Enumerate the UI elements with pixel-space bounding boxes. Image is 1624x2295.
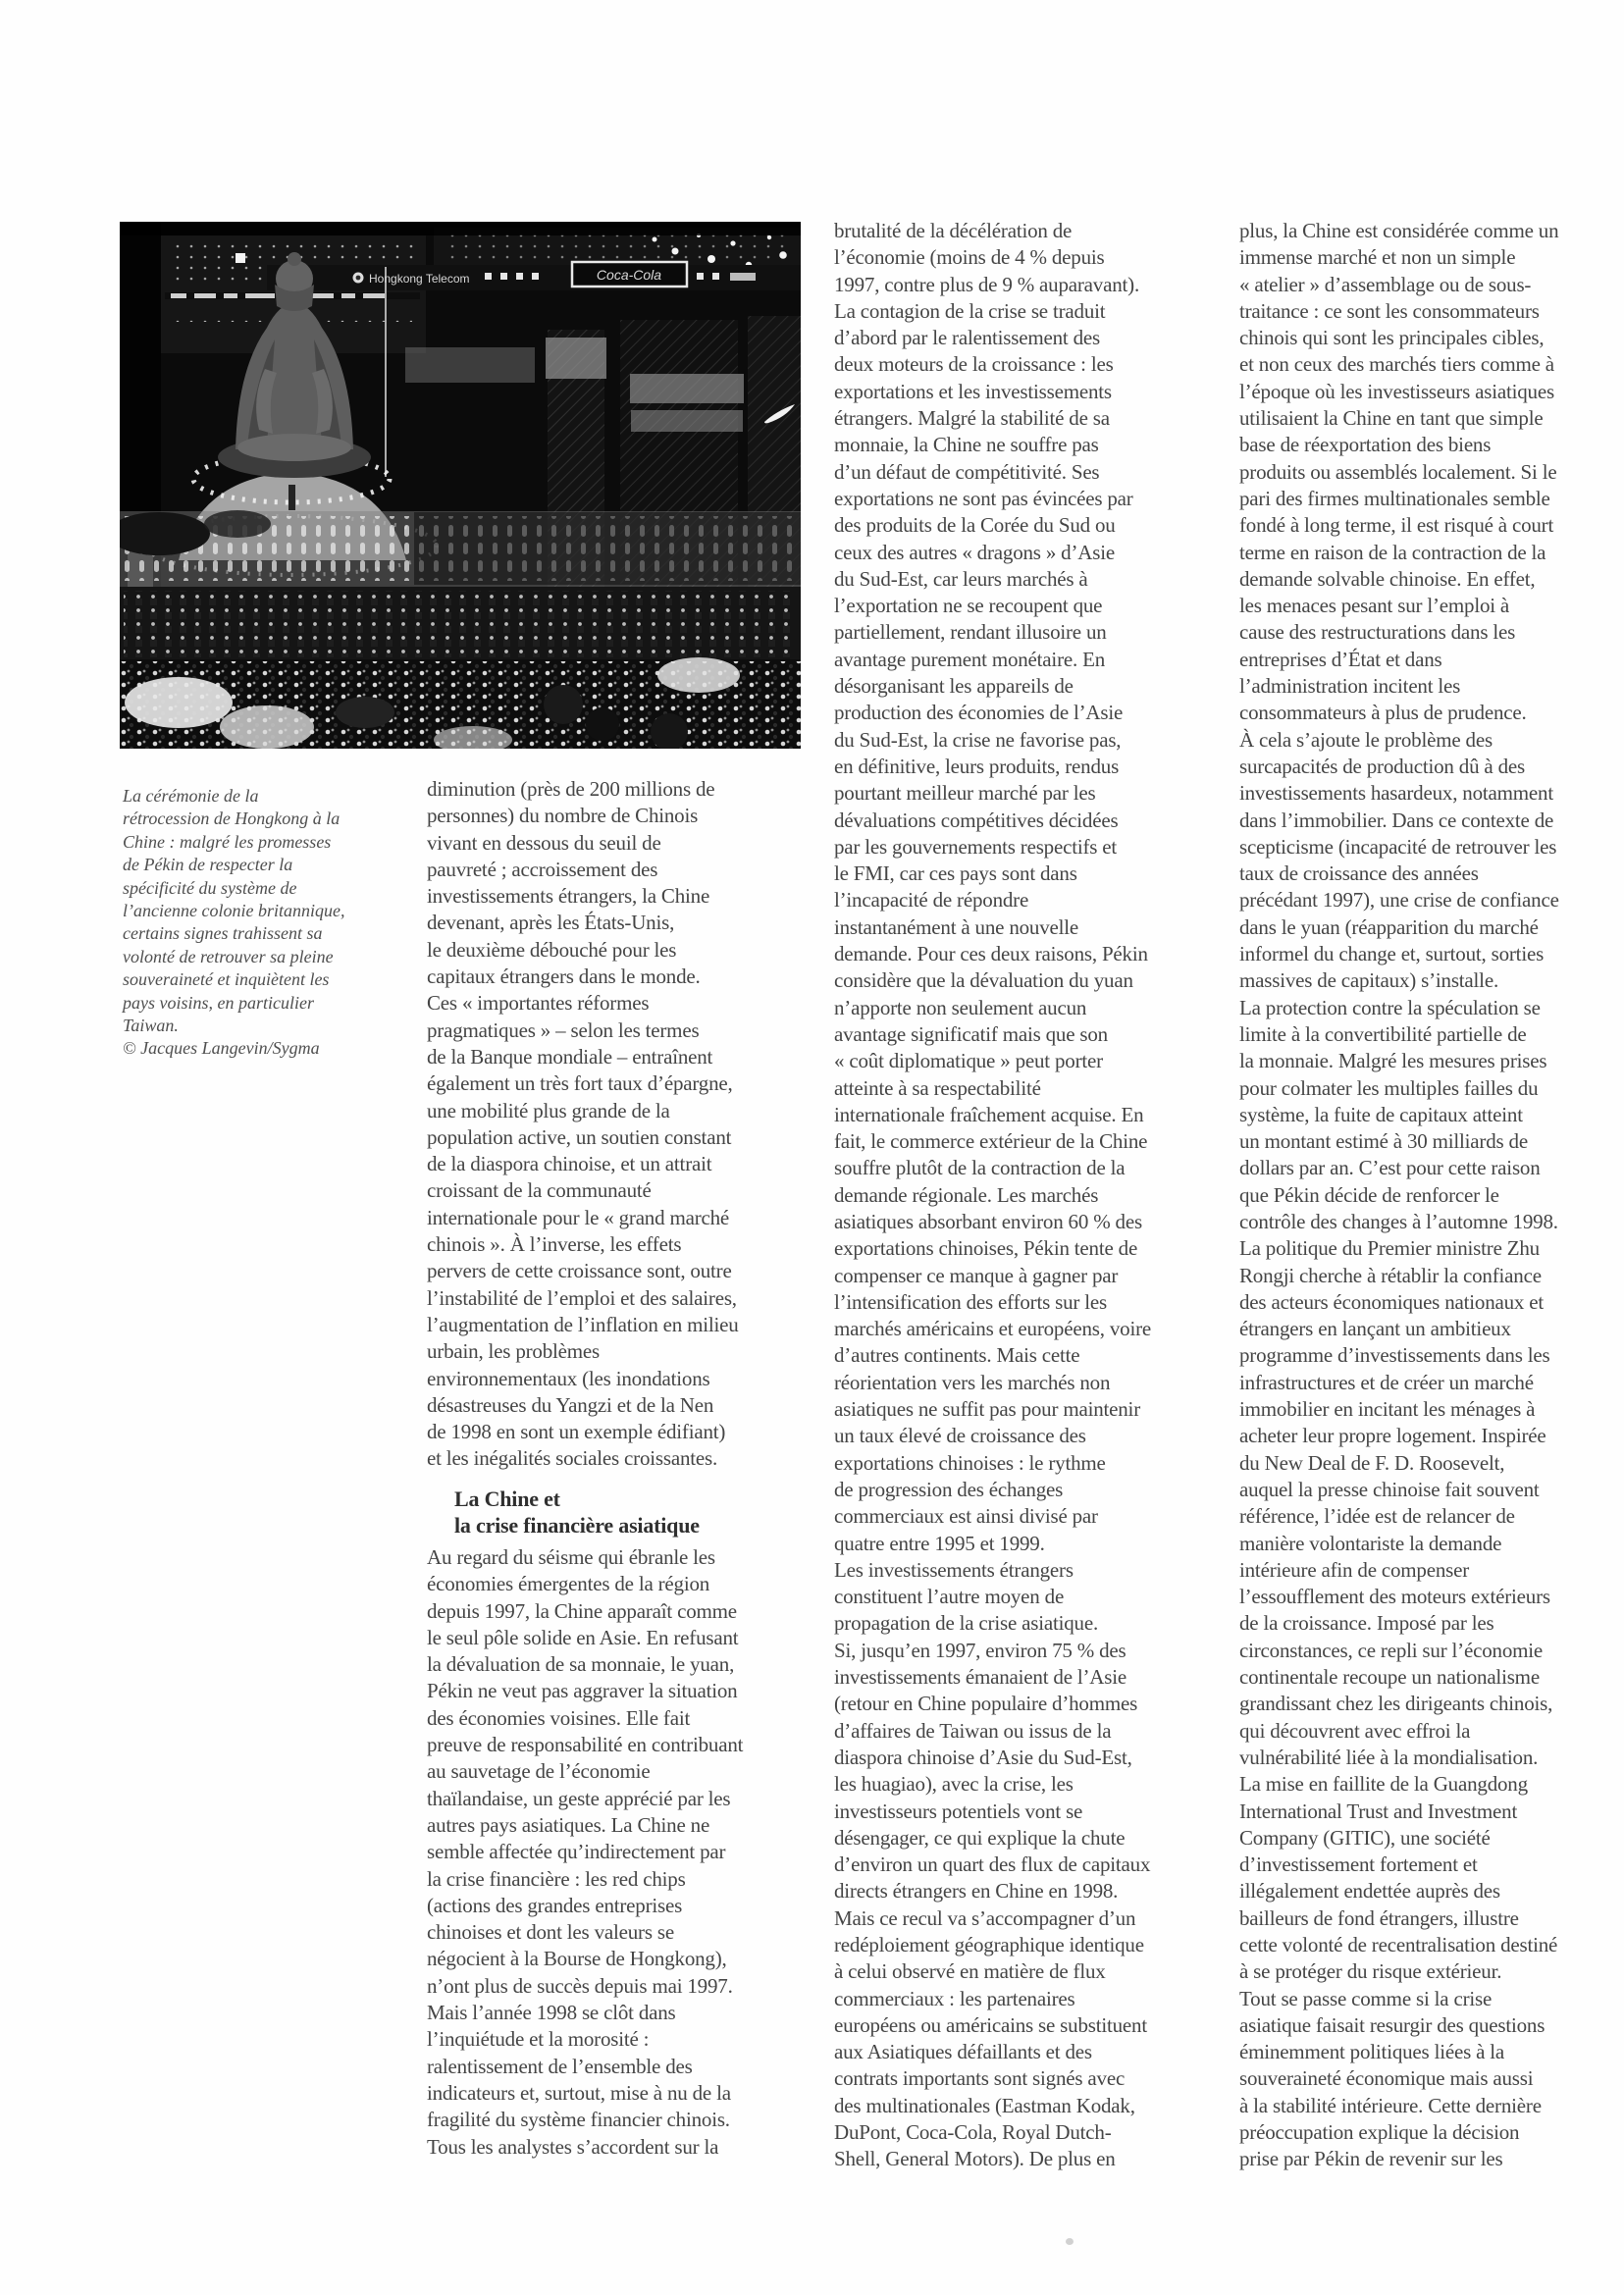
article-page: Hongkong Telecom Coca-Cola <box>0 0 1624 2295</box>
stage-band <box>120 510 801 588</box>
formation-rows <box>120 587 801 661</box>
foreground-crowd <box>120 657 801 749</box>
column-four: plus, la Chine est considérée comme un i… <box>1239 218 1595 2173</box>
ceremony-photo: Hongkong Telecom Coca-Cola <box>120 222 801 749</box>
section-heading: La Chine et la crise financière asiatiqu… <box>454 1486 788 1539</box>
column-three: brutalité de la décélération de l’économ… <box>834 218 1189 2173</box>
column-two-paragraph-one: diminution (près de 200 millions de pers… <box>427 776 782 1473</box>
banner-hongkong-telecom-label: Hongkong Telecom <box>369 272 470 286</box>
ceremony-photo-art: Hongkong Telecom Coca-Cola <box>120 222 801 749</box>
column-two-paragraph-two: Au regard du séisme qui ébranle les écon… <box>427 1544 782 2161</box>
photo-caption: La cérémonie de la rétrocession de Hongk… <box>123 785 399 1061</box>
banner-coca-cola-label: Coca-Cola <box>597 267 661 283</box>
scan-artifact-dot <box>1066 2238 1074 2245</box>
